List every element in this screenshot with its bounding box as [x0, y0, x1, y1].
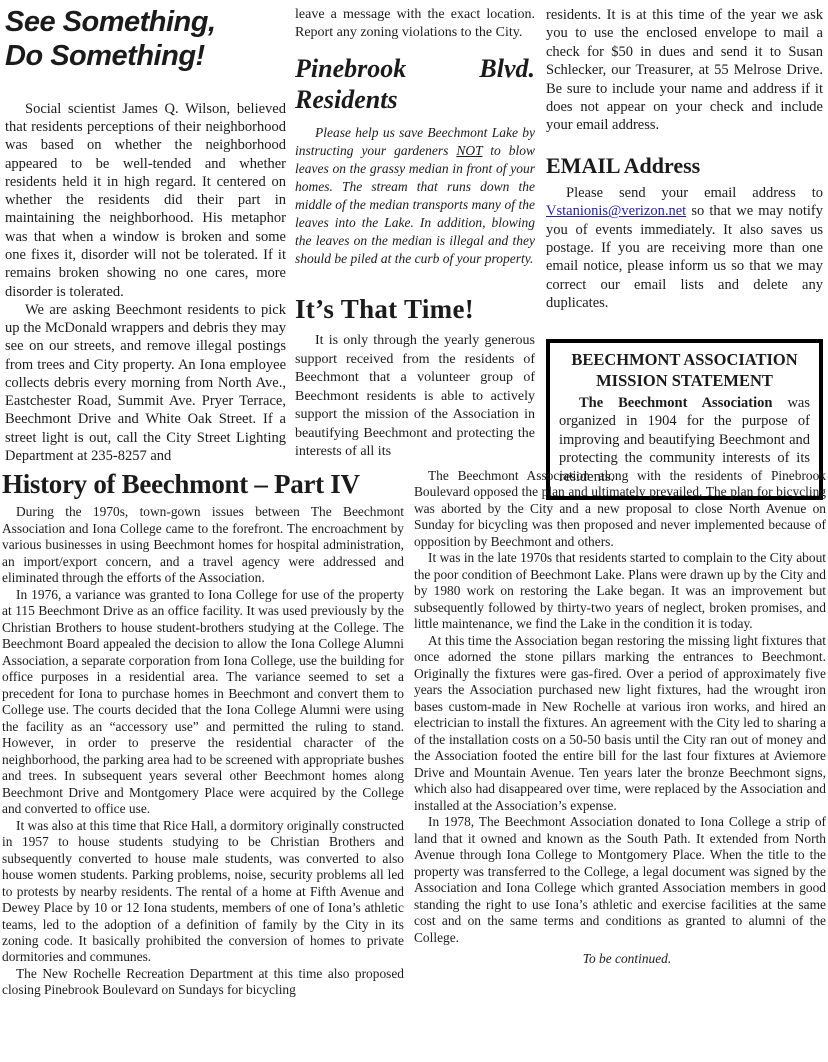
pinebrook-paragraph: Please help us save Beechmont Lake by in…: [295, 124, 535, 269]
continuation-paragraph: leave a message with the exact location.…: [295, 6, 535, 42]
see-something-paragraph-1: Social scientist James Q. Wilson, believ…: [5, 100, 286, 301]
history-section: History of Beechmont – Part IV During th…: [2, 468, 826, 999]
to-be-continued-note: To be continued.: [414, 951, 826, 967]
history-heading: History of Beechmont – Part IV: [2, 468, 404, 500]
dues-paragraph: residents. It is at this time of the yea…: [546, 6, 823, 135]
history-paragraph: The New Rochelle Recreation Department a…: [2, 966, 404, 999]
mission-body-bold: The Beechmont Association: [579, 395, 772, 411]
see-something-heading: See Something, Do Something!: [5, 6, 286, 74]
history-paragraph: The Beechmont Association along with the…: [414, 468, 826, 550]
column-dues-email: residents. It is at this time of the yea…: [546, 6, 823, 500]
history-paragraph: During the 1970s, town-gown issues betwe…: [2, 504, 404, 586]
pinebrook-heading-word2: Blvd.: [479, 54, 535, 85]
history-left-column: History of Beechmont – Part IV During th…: [2, 468, 404, 999]
history-paragraph: It was in the late 1970s that residents …: [414, 550, 826, 632]
its-that-time-paragraph: It is only through the yearly generous s…: [295, 332, 535, 461]
history-right-column: The Beechmont Association along with the…: [414, 468, 826, 999]
pinebrook-heading-word1: Pinebrook: [295, 54, 406, 85]
email-link[interactable]: Vstanionis@verizon.net: [546, 203, 686, 219]
email-text-post: so that we may notify you of events imme…: [546, 203, 823, 311]
email-address-heading: EMAIL Address: [546, 153, 823, 179]
see-something-heading-line1: See Something,: [5, 6, 286, 40]
pinebrook-heading-line2: Residents: [295, 85, 535, 116]
email-text-pre: Please send your email address to: [566, 185, 823, 201]
pinebrook-not-emphasis: NOT: [456, 143, 482, 158]
history-paragraph: In 1978, The Beechmont Association donat…: [414, 814, 826, 946]
its-that-time-heading: It’s That Time!: [295, 294, 535, 325]
history-paragraph: In 1976, a variance was granted to Iona …: [2, 587, 404, 818]
column-see-something: See Something, Do Something! Social scie…: [5, 6, 286, 500]
history-paragraph: At this time the Association began resto…: [414, 633, 826, 814]
pinebrook-text-post: to blow leaves on the grassy median in f…: [295, 143, 535, 266]
email-paragraph: Please send your email address to Vstani…: [546, 184, 823, 313]
see-something-heading-line2: Do Something!: [5, 40, 286, 74]
history-paragraph: It was also at this time that Rice Hall,…: [2, 818, 404, 966]
pinebrook-heading: Pinebrook Blvd. Residents: [295, 54, 535, 115]
see-something-paragraph-2: We are asking Beechmont residents to pic…: [5, 301, 286, 465]
newsletter-top-section: See Something, Do Something! Social scie…: [5, 6, 823, 500]
pinebrook-heading-line1: Pinebrook Blvd.: [295, 54, 535, 85]
mission-statement-title: BEECHMONT ASSOCIATION MISSION STATEMENT: [559, 349, 810, 392]
mission-title-line1: BEECHMONT ASSOCIATION: [559, 349, 810, 370]
column-pinebrook: leave a message with the exact location.…: [295, 6, 535, 500]
mission-title-line2: MISSION STATEMENT: [559, 370, 810, 391]
